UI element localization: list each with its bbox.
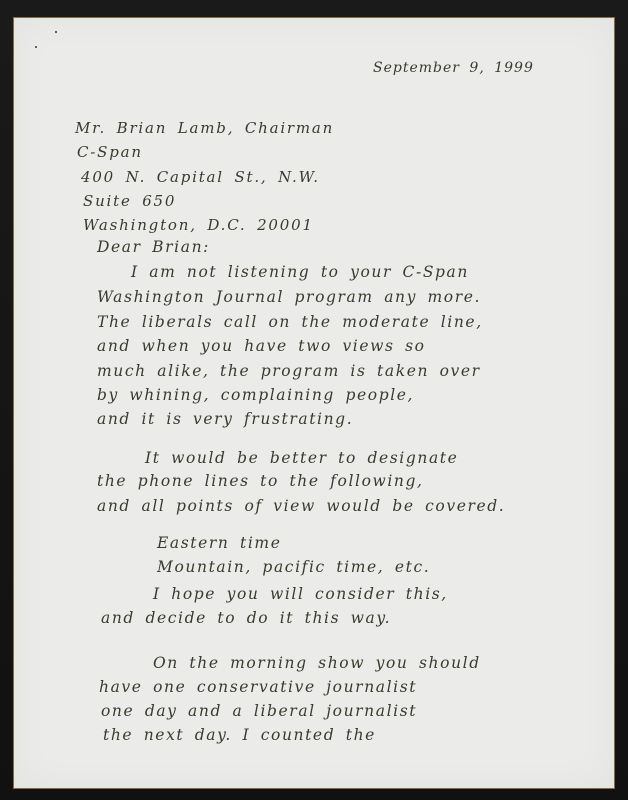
paragraph-1-line: much alike, the program is taken over [97,364,481,380]
paragraph-5-line: On the morning show you should [153,656,481,672]
recipient-suite: Suite 650 [83,194,176,209]
time-zone-item: Mountain, pacific time, etc. [157,560,430,576]
paragraph-1-line: and it is very frustrating. [97,412,353,428]
recipient-organization: C-Span [77,145,143,160]
time-zone-item: Eastern time [157,536,282,552]
letter-page: September 9, 1999 Mr. Brian Lamb, Chairm… [13,17,615,789]
paragraph-4-line: and decide to do it this way. [101,611,391,627]
recipient-street: 400 N. Capital St., N.W. [81,170,320,185]
paragraph-1-line: The liberals call on the moderate line, [97,315,483,331]
paragraph-1-line: by whining, complaining people, [97,388,414,404]
paragraph-5-line: the next day. I counted the [103,728,376,744]
paragraph-2-line: the phone lines to the following, [97,474,424,490]
paragraph-1-line: Washington Journal program any more. [97,290,481,306]
paragraph-4-line: I hope you will consider this, [153,587,448,603]
paragraph-1-line: I am not listening to your C-Span [131,265,469,281]
paragraph-2-line: and all points of view would be covered. [97,499,505,515]
recipient-city: Washington, D.C. 20001 [83,218,314,233]
scan-background: September 9, 1999 Mr. Brian Lamb, Chairm… [0,0,628,800]
paragraph-2-line: It would be better to designate [145,451,458,467]
paper-speck [55,31,57,33]
letter-date: September 9, 1999 [373,61,534,75]
paragraph-5-line: one day and a liberal journalist [101,704,417,720]
paper-speck [35,46,37,48]
paragraph-1-line: and when you have two views so [97,339,426,355]
recipient-name: Mr. Brian Lamb, Chairman [75,121,334,136]
paragraph-5-line: have one conservative journalist [99,680,417,696]
salutation: Dear Brian: [97,240,210,256]
